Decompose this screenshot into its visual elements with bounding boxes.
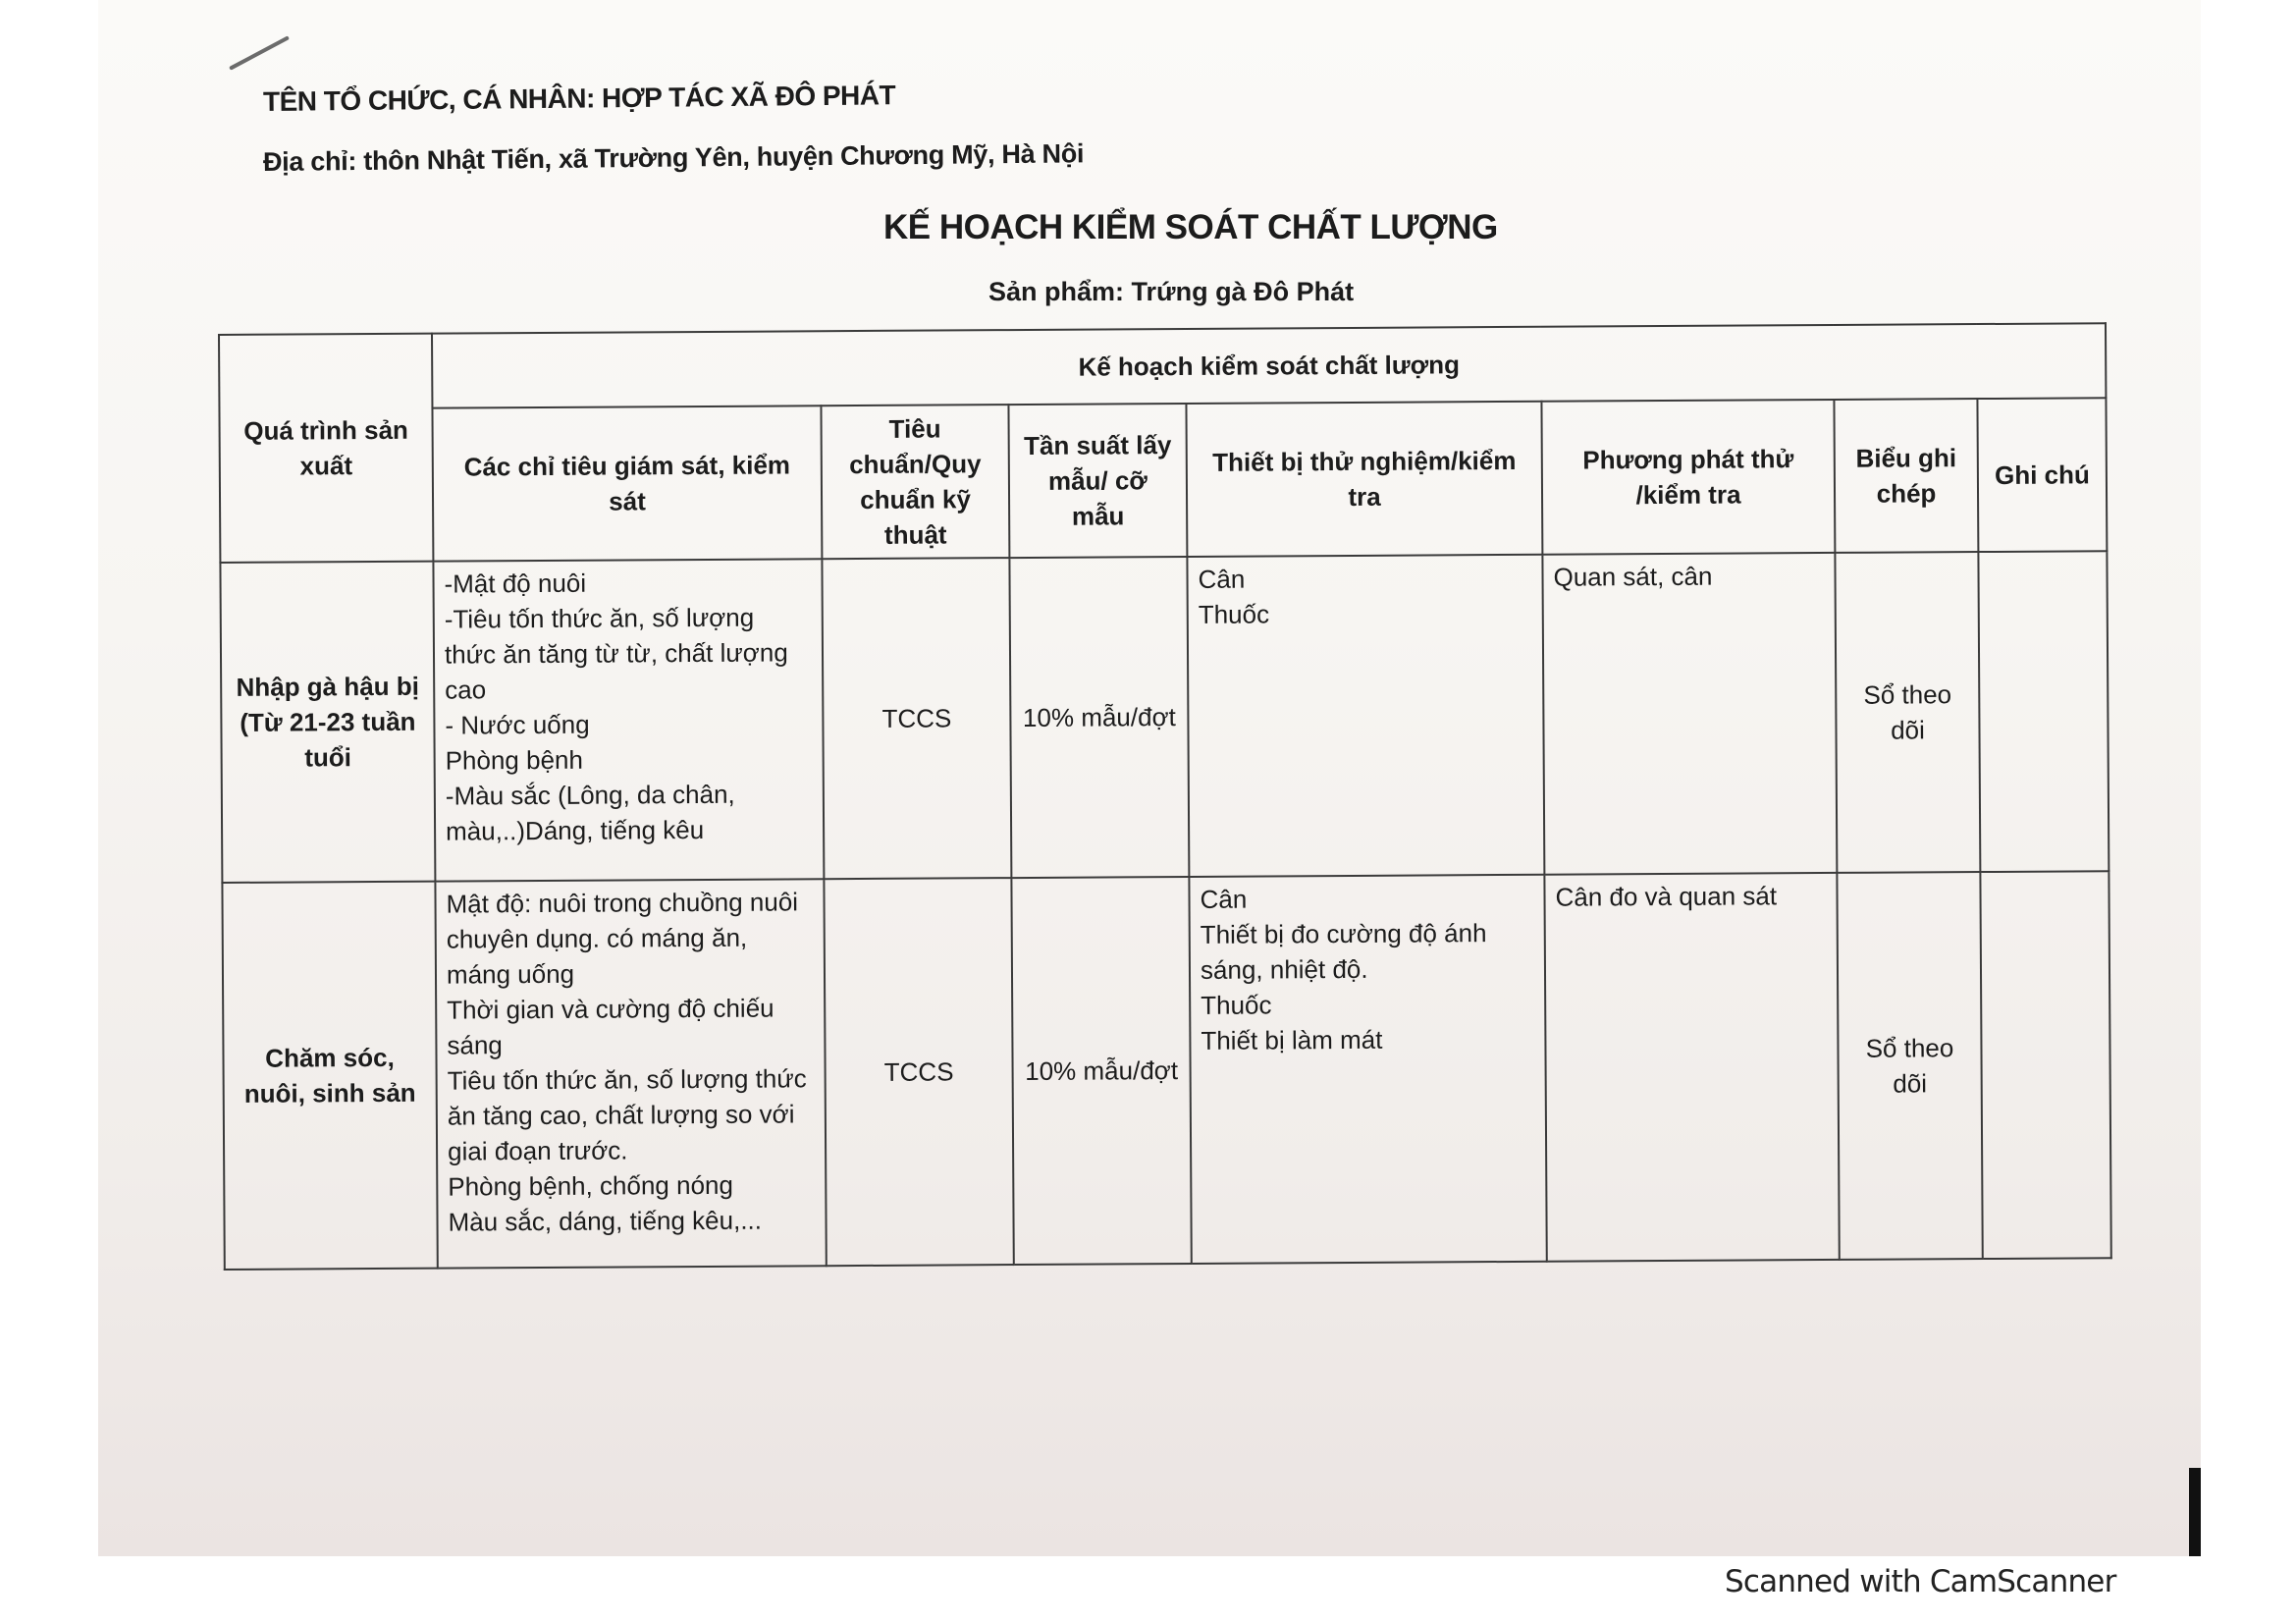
criteria-item: -Mật độ nuôi	[444, 564, 811, 601]
criteria-item: Phòng bệnh, chống nóng	[448, 1166, 815, 1204]
cell-standard: TCCS	[824, 878, 1013, 1266]
equipment-item: Thuốc	[1201, 986, 1534, 1023]
criteria-item: Phòng bệnh	[446, 740, 813, 778]
table-row: Chăm sóc, nuôi, sinh sản Mật độ: nuôi tr…	[222, 871, 2110, 1270]
header-record: Biểu ghi chép	[1834, 399, 1978, 553]
criteria-item: -Tiêu tốn thức ăn, số lượng thức ăn tăng…	[445, 599, 813, 707]
criteria-item: Tiêu tốn thức ăn, số lượng thức ăn tăng …	[448, 1060, 816, 1168]
cell-note	[1978, 551, 2109, 872]
criteria-item: - Nước uống	[445, 705, 812, 742]
pen-mark	[229, 35, 290, 70]
cell-frequency: 10% mẫu/đợt	[1009, 557, 1189, 878]
criteria-item: Mật độ: nuôi trong chuồng nuôi chuyên dụ…	[446, 884, 814, 992]
criteria-item: Thời gian và cường độ chiếu sáng	[447, 990, 814, 1062]
equipment-item: Cân	[1200, 880, 1533, 917]
cell-method: Quan sát, cân	[1542, 553, 1837, 875]
equipment-item: Thiết bị đo cường độ ánh sáng, nhiệt độ.	[1201, 915, 1534, 988]
equipment-item: Thiết bị làm mát	[1201, 1021, 1534, 1058]
cell-note	[1980, 871, 2110, 1259]
cell-record: Sổ theo dõi	[1835, 552, 1980, 873]
header-frequency: Tần suất lấy mẫu/ cỡ mẫu	[1008, 404, 1187, 558]
header-equipment: Thiết bị thử nghiệm/kiểm tra	[1186, 402, 1542, 557]
document-subtitle: Sản phẩm: Trứng gà Đô Phát	[988, 277, 1354, 307]
camscanner-watermark: Scanned with CamScanner	[1725, 1564, 2116, 1599]
cell-method: Cân đo và quan sát	[1544, 873, 1839, 1262]
cell-criteria: Mật độ: nuôi trong chuồng nuôi chuyên dụ…	[435, 879, 826, 1268]
header-method: Phương phát thử /kiểm tra	[1541, 400, 1835, 555]
cell-equipment: Cân Thiết bị đo cường độ ánh sáng, nhiệt…	[1189, 875, 1546, 1264]
equipment-item: Thuốc	[1199, 595, 1532, 632]
header-standard: Tiêu chuẩn/Quy chuẩn kỹ thuật	[821, 405, 1009, 559]
criteria-item: Màu sắc, dáng, tiếng kêu,...	[448, 1202, 815, 1239]
organization-line: TÊN TỔ CHỨC, CÁ NHÂN: HỢP TÁC XÃ ĐÔ PHÁT	[263, 80, 895, 118]
header-note: Ghi chú	[1977, 398, 2107, 552]
cell-frequency: 10% mẫu/đợt	[1011, 877, 1191, 1265]
cell-criteria: -Mật độ nuôi -Tiêu tốn thức ăn, số lượng…	[433, 559, 824, 881]
cell-standard: TCCS	[822, 558, 1011, 879]
header-criteria: Các chỉ tiêu giám sát, kiểm sát	[432, 406, 822, 561]
document-title: KẾ HOẠCH KIỂM SOÁT CHẤT LƯỢNG	[883, 208, 1498, 247]
quality-control-table: Quá trình sản xuất Kế hoạch kiểm soát ch…	[218, 322, 2112, 1271]
table-row: Nhập gà hậu bị (Từ 21-23 tuần tuổi -Mật …	[220, 551, 2109, 883]
cell-stage: Nhập gà hậu bị (Từ 21-23 tuần tuổi	[220, 562, 435, 883]
equipment-item: Cân	[1198, 560, 1531, 597]
header-group: Kế hoạch kiểm soát chất lượng	[432, 323, 2106, 407]
cell-record: Sổ theo dõi	[1837, 872, 1982, 1260]
cell-equipment: Cân Thuốc	[1187, 555, 1544, 877]
header-stage: Quá trình sản xuất	[219, 334, 433, 563]
criteria-item: -Màu sắc (Lông, da chân, màu,..)Dáng, ti…	[446, 776, 813, 848]
cell-stage: Chăm sóc, nuôi, sinh sản	[222, 882, 437, 1270]
